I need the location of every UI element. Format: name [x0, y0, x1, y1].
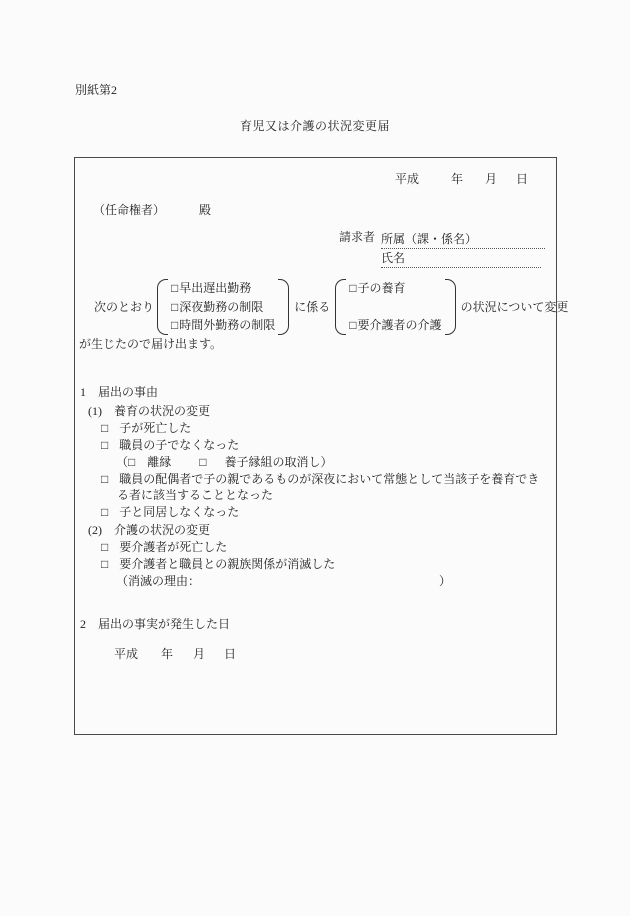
childcare-subheading: (1) 養育の状況の変更 — [88, 404, 210, 418]
declaration-row: 次のとおり □早出遅出勤務 □深夜勤務の制限 □時間外勤務の制限 に係る — [94, 278, 570, 336]
work-option: □時間外勤務の制限 — [171, 317, 275, 334]
document-page: 別紙第2 育児又は介護の状況変更届 平成 年 月 日 （任命権者） 殿 請求者 … — [0, 0, 630, 916]
paren-close: ） — [439, 574, 451, 588]
detail-option-label: 離縁 — [147, 455, 171, 469]
caregiving-item-1: □要介護者が死亡した — [101, 540, 227, 554]
day-label: 日 — [516, 172, 528, 186]
requester-label: 請求者 — [339, 230, 375, 244]
checkbox-icon: □ — [199, 455, 206, 469]
day-label: 日 — [224, 647, 236, 661]
checkbox-icon: □ — [128, 455, 135, 469]
year-label: 年 — [161, 647, 173, 661]
form-box: 平成 年 月 日 （任命権者） 殿 請求者 所属（課・係名） 氏名 次のとおり — [74, 157, 557, 735]
requester-block: 請求者 所属（課・係名） 氏名 — [339, 230, 545, 268]
work-options-list: □早出遅出勤務 □深夜勤務の制限 □時間外勤務の制限 — [168, 279, 278, 335]
month-label: 月 — [193, 647, 205, 661]
item-label: 子と同居しなくなった — [119, 505, 239, 519]
requester-fields: 所属（課・係名） 氏名 — [381, 230, 545, 268]
option-label: 要介護者の介護 — [358, 318, 442, 332]
name-field: 氏名 — [381, 249, 541, 268]
caregiving-reason-line: （消滅の理由：） — [116, 574, 451, 588]
checkbox-icon: □ — [101, 438, 108, 452]
addressee-line: （任命権者） 殿 — [93, 203, 211, 217]
work-option: □早出遅出勤務 — [171, 280, 275, 297]
left-bracket-icon — [157, 279, 168, 335]
declaration-connector: に係る — [294, 300, 330, 314]
childcare-item-2: □職員の子でなくなった — [101, 438, 239, 452]
option-label: 子の養育 — [358, 281, 406, 295]
form-title: 育児又は介護の状況変更届 — [0, 119, 630, 133]
care-options-group: □子の養育 □要介護者の介護 — [335, 279, 455, 335]
name-label: 氏名 — [381, 251, 405, 265]
left-bracket-icon — [335, 279, 346, 335]
checkbox-icon: □ — [349, 318, 356, 332]
occurrence-date-line: 平成 年 月 日 — [114, 647, 236, 661]
era-label: 平成 — [395, 172, 419, 186]
item-label: 職員の子でなくなった — [119, 438, 239, 452]
caregiving-item-2: □要介護者と職員との親族関係が消滅した — [101, 557, 335, 571]
declaration-suffix: の状況について変更 — [461, 300, 569, 314]
section1-heading: 1 届出の事由 — [80, 385, 158, 399]
childcare-item-2-detail: （□離縁□養子縁組の取消し） — [116, 455, 333, 469]
checkbox-icon: □ — [101, 421, 108, 435]
checkbox-icon: □ — [101, 472, 108, 486]
option-label: 時間外勤務の制限 — [179, 318, 275, 332]
item-label: 要介護者と職員との親族関係が消滅した — [119, 557, 335, 571]
detail-option-label: 養子縁組の取消し） — [225, 455, 333, 469]
option-label: 早出遅出勤務 — [179, 281, 251, 295]
childcare-item-3: □職員の配偶者で子の親であるものが深夜において常態として当該子を養育でき — [101, 472, 539, 486]
checkbox-icon: □ — [101, 540, 108, 554]
section2-heading: 2 届出の事実が発生した日 — [80, 617, 230, 631]
childcare-item-3-continuation: る者に該当することとなった — [117, 488, 273, 502]
header-date-line: 平成 年 月 日 — [395, 172, 528, 186]
work-option: □深夜勤務の制限 — [171, 299, 275, 316]
attachment-number-label: 別紙第2 — [75, 83, 117, 97]
checkbox-icon: □ — [171, 318, 178, 332]
childcare-item-1: □子が死亡した — [101, 421, 191, 435]
month-label: 月 — [485, 172, 497, 186]
item-label: 要介護者が死亡した — [119, 540, 227, 554]
right-bracket-icon — [445, 279, 456, 335]
checkbox-icon: □ — [171, 300, 178, 314]
checkbox-icon: □ — [101, 557, 108, 571]
care-options-list: □子の養育 □要介護者の介護 — [346, 279, 444, 335]
item-label: 職員の配偶者で子の親であるものが深夜において常態として当該子を養育でき — [119, 472, 539, 486]
work-options-group: □早出遅出勤務 □深夜勤務の制限 □時間外勤務の制限 — [157, 279, 289, 335]
affiliation-label: 所属（課・係名） — [381, 232, 477, 246]
reason-label: （消滅の理由： — [116, 574, 200, 588]
checkbox-icon: □ — [349, 281, 356, 295]
honorific-label: 殿 — [199, 203, 211, 217]
care-option: □子の養育 — [349, 280, 441, 297]
paren-open: （ — [116, 455, 128, 469]
addressee-label: （任命権者） — [93, 203, 165, 217]
declaration-continuation: が生じたので届け出ます。 — [79, 337, 222, 351]
era-label: 平成 — [114, 647, 138, 661]
checkbox-icon: □ — [101, 505, 108, 519]
checkbox-icon: □ — [171, 281, 178, 295]
affiliation-field: 所属（課・係名） — [381, 230, 545, 249]
year-label: 年 — [451, 172, 463, 186]
childcare-item-4: □子と同居しなくなった — [101, 505, 239, 519]
care-option: □要介護者の介護 — [349, 317, 441, 334]
caregiving-subheading: (2) 介護の状況の変更 — [88, 523, 210, 537]
declaration-prefix: 次のとおり — [94, 300, 154, 314]
item-label: 子が死亡した — [119, 421, 191, 435]
right-bracket-icon — [278, 279, 289, 335]
option-label: 深夜勤務の制限 — [179, 300, 263, 314]
